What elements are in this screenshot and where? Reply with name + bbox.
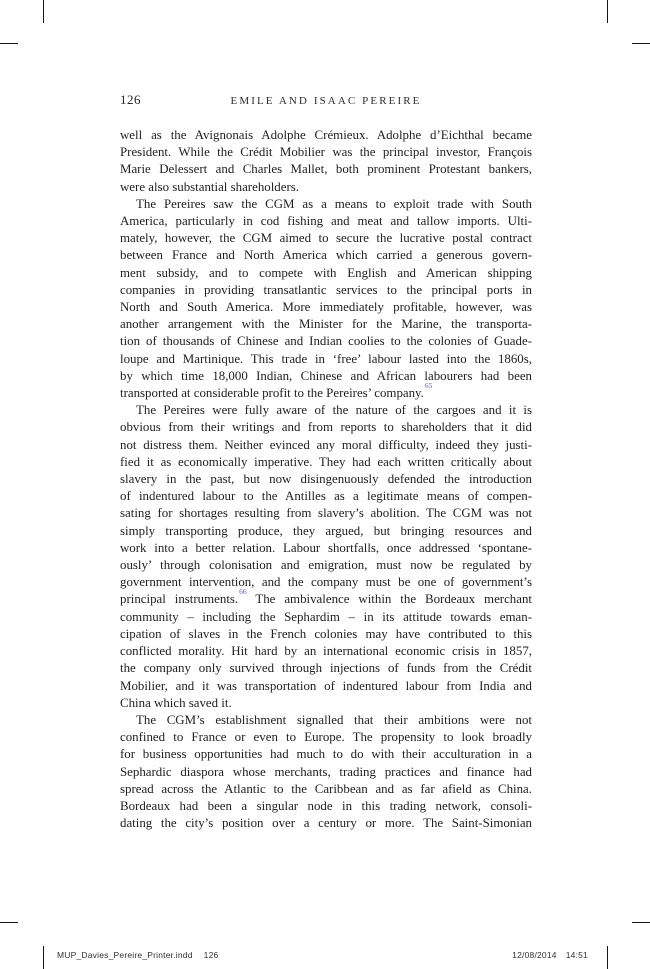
text-line: community – including the Sephardim – in… (120, 609, 532, 626)
text-line: another arrangement with the Minister fo… (120, 316, 532, 333)
text-line: loupe and Martinique. This trade in ‘fre… (120, 351, 532, 368)
text-line: America, particularly in cod fishing and… (120, 213, 532, 230)
text-line: of indentured labour to the Antilles as … (120, 488, 532, 505)
text-line: not distress them. Neither evinced any m… (120, 437, 532, 454)
text-line: North and South America. More immediatel… (120, 299, 532, 316)
crop-mark-bottom-right-horizontal (632, 922, 650, 923)
text-line: Bordeaux had been a singular node in thi… (120, 798, 532, 815)
text-line: conflicted morality. Hit hard by an inte… (120, 643, 532, 660)
slug-time: 14:51 (566, 950, 588, 960)
text-line: ously’ through colonisation and emigrati… (120, 557, 532, 574)
book-page-scan: 126 EMILE AND ISAAC PEREIRE well as the … (0, 0, 650, 969)
slug-line: MUP_Davies_Pereire_Printer.indd126 12/08… (0, 949, 650, 963)
text-line: companies in providing transatlantic ser… (120, 282, 532, 299)
crop-mark-top-left-vertical (43, 0, 44, 23)
crop-mark-top-left-horizontal (0, 43, 18, 44)
text-line: mately, however, the CGM aimed to secure… (120, 230, 532, 247)
text-line: President. While the Crédit Mobilier was… (120, 144, 532, 161)
body-text: well as the Avignonais Adolphe Crémieux.… (120, 127, 532, 832)
text-line: obvious from their writings and from rep… (120, 419, 532, 436)
text-line: the company only survived through inject… (120, 660, 532, 677)
text-line: fied it as economically imperative. They… (120, 454, 532, 471)
text-line: principal instruments.66 The ambivalence… (120, 591, 532, 608)
slug-date: 12/08/2014 (512, 950, 557, 960)
text-line: between France and North America which c… (120, 247, 532, 264)
text-line: sating for shortages resulting from slav… (120, 505, 532, 522)
crop-mark-top-right-horizontal (632, 43, 650, 44)
slug-right: 12/08/201414:51 (512, 950, 588, 961)
text-line: The Pereires were fully aware of the nat… (120, 402, 532, 419)
text-line: work into a better relation. Labour shor… (120, 540, 532, 557)
text-line: confined to France or even to Europe. Th… (120, 729, 532, 746)
text-line: simply transporting produce, they argued… (120, 523, 532, 540)
crop-mark-top-right-vertical (607, 0, 608, 23)
text-line: slavery in the past, but now disingenuou… (120, 471, 532, 488)
text-line: The CGM’s establishment signalled that t… (120, 712, 532, 729)
text-line: spread across the Atlantic to the Caribb… (120, 781, 532, 798)
text-line: Sephardic diaspora whose merchants, trad… (120, 764, 532, 781)
slug-page-number: 126 (204, 950, 219, 960)
text-line: China which saved it. (120, 695, 532, 712)
footnote-ref: 66 (239, 587, 247, 596)
text-line: The Pereires saw the CGM as a means to e… (120, 196, 532, 213)
text-line: ment subsidy, and to compete with Englis… (120, 265, 532, 282)
text-line: for business opportunities had much to d… (120, 746, 532, 763)
text-line: government intervention, and the company… (120, 574, 532, 591)
text-line: Mobilier, and it was transportation of i… (120, 678, 532, 695)
text-line: transported at considerable profit to th… (120, 385, 532, 402)
slug-left: MUP_Davies_Pereire_Printer.indd126 (57, 950, 218, 961)
text-line: cipation of slaves in the French colonie… (120, 626, 532, 643)
footnote-ref: 65 (425, 381, 433, 390)
text-line: by which time 18,000 Indian, Chinese and… (120, 368, 532, 385)
text-line: were also substantial shareholders. (120, 179, 532, 196)
text-line: well as the Avignonais Adolphe Crémieux.… (120, 127, 532, 144)
text-line: tion of thousands of Chinese and Indian … (120, 333, 532, 350)
text-line: dating the city’s position over a centur… (120, 815, 532, 832)
crop-mark-bottom-left-horizontal (0, 922, 18, 923)
running-head: EMILE AND ISAAC PEREIRE (120, 95, 532, 107)
slug-filename: MUP_Davies_Pereire_Printer.indd (57, 950, 193, 960)
text-line: Marie Delessert and Charles Mallet, both… (120, 161, 532, 178)
